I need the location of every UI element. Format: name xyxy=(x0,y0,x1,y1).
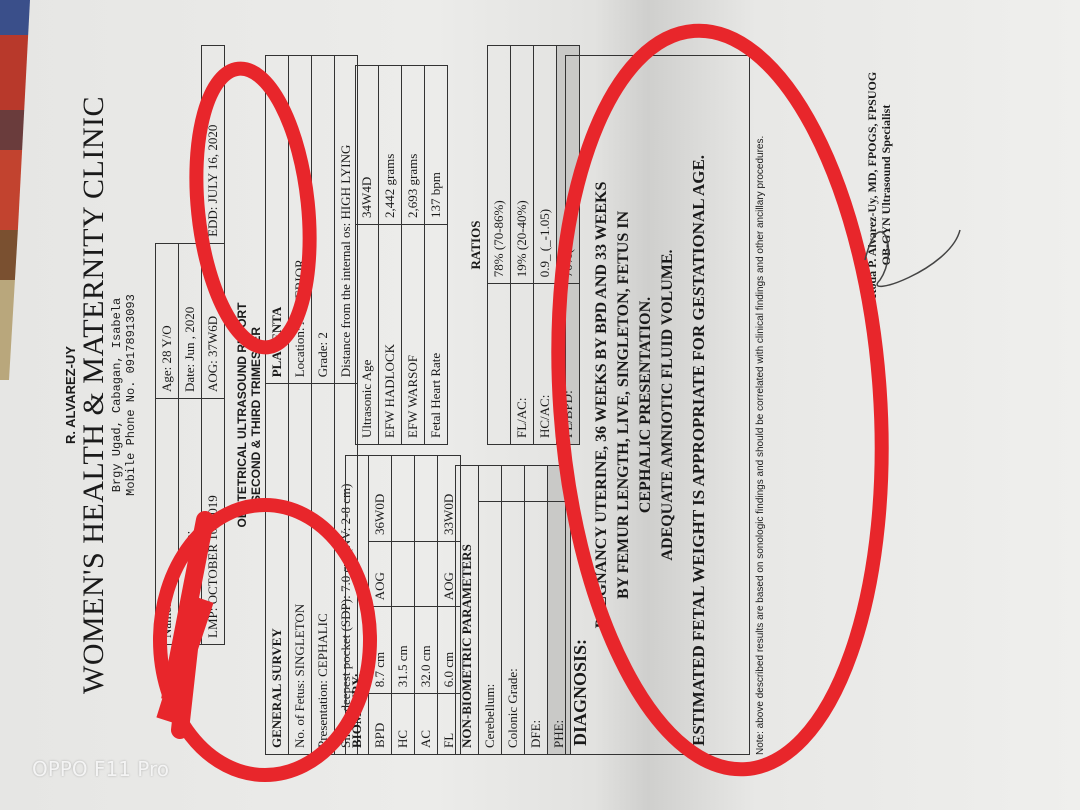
annotation-circle-edd xyxy=(184,63,323,353)
camera-watermark: OPPO F11 Pro xyxy=(32,757,169,781)
red-annotation-layer xyxy=(0,0,1080,810)
signature-scribble xyxy=(865,230,960,286)
annotation-circle-diagnosis xyxy=(535,20,906,781)
